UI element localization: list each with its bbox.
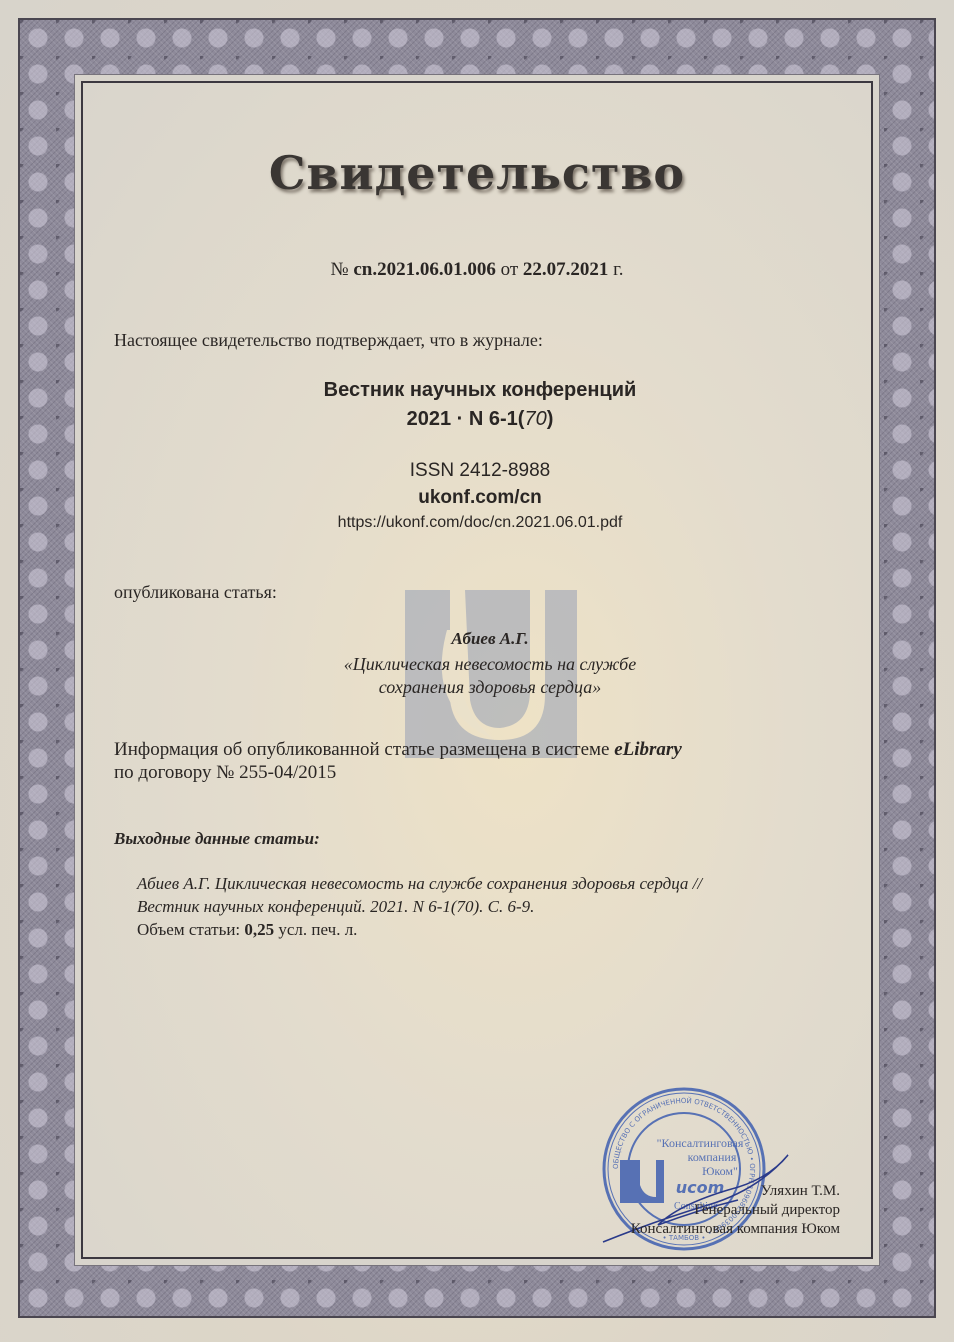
- volume-value: 0,25: [244, 920, 274, 939]
- stamp-line1: "Консалтинговая: [657, 1136, 744, 1150]
- date-prefix: от: [501, 259, 519, 280]
- issue-prefix: 2021 · N 6-1(: [407, 408, 525, 430]
- number-sign: №: [330, 259, 348, 280]
- article-title-line2: сохранения здоровья сердца»: [270, 677, 710, 698]
- journal-issue: 2021 · N 6-1(70): [300, 408, 660, 431]
- article-volume: Объем статьи: 0,25 усл. печ. л.: [137, 920, 357, 940]
- certificate-title: Свидетельство: [0, 146, 954, 200]
- article-title-line1: «Циклическая невесомость на службе: [270, 654, 710, 675]
- certificate-number-value: cn.2021.06.01.006: [353, 259, 496, 280]
- citation-line2: Вестник научных конференций. 2021. N 6-1…: [137, 897, 534, 917]
- elibrary-info-line2: по договору № 255-04/2015: [114, 762, 336, 784]
- volume-unit: усл. печ. л.: [274, 920, 357, 939]
- signatory-organization: Консалтинговая компания Юком: [631, 1221, 840, 1238]
- output-data-heading: Выходные данные статьи:: [114, 829, 320, 849]
- journal-site-link[interactable]: ukonf.com/cn: [300, 487, 660, 509]
- elibrary-info-line1: Информация об опубликованной статье разм…: [114, 739, 682, 761]
- issue-number: 70: [524, 408, 546, 430]
- journal-issn: ISSN 2412-8988: [300, 460, 660, 482]
- signatory-position: Генеральный директор: [694, 1202, 840, 1219]
- certificate-date: 22.07.2021: [523, 259, 609, 280]
- certificate-number: № cn.2021.06.01.006 от 22.07.2021 г.: [0, 259, 954, 281]
- published-label: опубликована статья:: [114, 582, 277, 603]
- elibrary-text: Информация об опубликованной статье разм…: [114, 739, 614, 760]
- volume-label: Объем статьи:: [137, 920, 244, 939]
- journal-pdf-link[interactable]: https://ukonf.com/doc/cn.2021.06.01.pdf: [280, 514, 680, 532]
- article-author: Абиев А.Г.: [300, 629, 680, 649]
- signatory-name: Уляхин Т.М.: [761, 1183, 840, 1200]
- citation-line1: Абиев А.Г. Циклическая невесомость на сл…: [137, 874, 702, 894]
- elibrary-system: eLibrary: [614, 739, 682, 760]
- date-suffix: г.: [613, 259, 623, 280]
- issue-suffix: ): [547, 408, 554, 430]
- intro-text: Настоящее свидетельство подтверждает, чт…: [114, 330, 543, 351]
- journal-name: Вестник научных конференций: [300, 379, 660, 402]
